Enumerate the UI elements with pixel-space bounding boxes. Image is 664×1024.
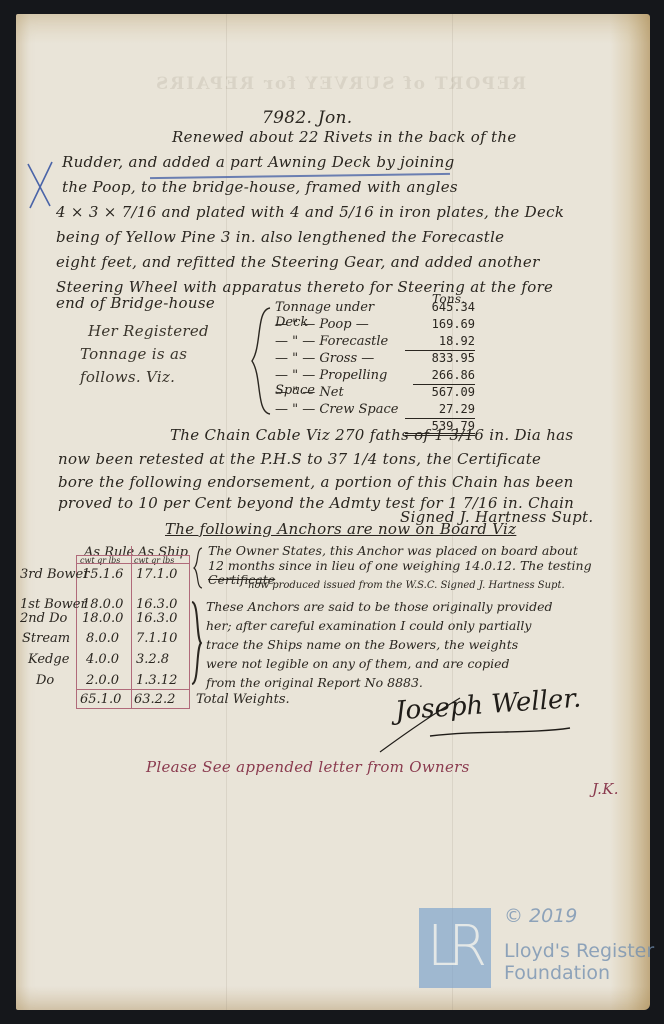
tonnage-row: — " — Crew Space27.29 (275, 402, 475, 419)
owner-note-line: now produced issued from the W.S.C. Sign… (248, 580, 565, 591)
anchor-name: Do (36, 673, 54, 688)
anchors-note-line: These Anchors are said to be those origi… (206, 599, 553, 614)
anchor-rule-weight: 4.0.0 (86, 652, 136, 667)
chain-line-3: bore the following endorsement, a portio… (58, 473, 574, 491)
anchors-note-line: from the original Report No 8883. (206, 675, 423, 690)
red-initials: J.K. (592, 780, 619, 798)
anchors-note-brace-icon (190, 600, 202, 686)
chain-line-2: now been retested at the P.H.S to 37 1/4… (58, 450, 541, 468)
tonnage-row: — " — Gross —833.95 (275, 351, 475, 368)
body-line-4: 4 × 3 × 7/16 and plated with 4 and 5/16 … (56, 203, 564, 221)
anchors-note-line: trace the Ships name on the Bowers, the … (206, 637, 518, 652)
body-line-2: Rudder, and added a part Awning Deck by … (62, 153, 454, 171)
anchor-name: 3rd Bower (20, 567, 89, 582)
tonnage-row: Tonnage under Deck645.34 (275, 300, 475, 317)
tonnage-table: Tonnage under Deck645.34 — " — Poop —169… (275, 300, 475, 436)
owner-note-line: The Owner States, this Anchor was placed… (208, 543, 578, 558)
red-note: Please See appended letter from Owners (146, 758, 470, 776)
tonnage-row: — " — Propelling Space266.86 (275, 368, 475, 385)
watermark-org-line1: Lloyd's Register (504, 940, 654, 962)
tonnage-row: — " — Poop —169.69 (275, 317, 475, 334)
body-line-8: end of Bridge-house (56, 294, 215, 312)
anchor-rule-weight: 8.0.0 (86, 631, 136, 646)
anchor-rule-weight: 18.0.0 (82, 597, 132, 612)
registered-label-1: Her Registered (88, 322, 209, 340)
anchor-ship-weight: 7.1.10 (136, 631, 186, 646)
anchor-total-ship: 63.2.2 (134, 692, 184, 707)
anchor-ship-weight: 16.3.0 (136, 597, 186, 612)
anchor-rule-weight: 2.0.0 (86, 673, 136, 688)
anchor-name: 1st Bower (20, 597, 87, 612)
blue-cross-mark-icon (26, 160, 54, 210)
owner-note-brace-icon (192, 546, 204, 590)
anchor-name: Stream (22, 631, 70, 646)
anchors-note-line: her; after careful examination I could o… (206, 618, 531, 633)
watermark-copyright: © 2019 (504, 905, 577, 927)
registered-label-3: follows. Viz. (80, 368, 175, 386)
anchors-note-line: were not legible on any of them, and are… (206, 656, 509, 671)
lr-logo-icon: LR (419, 908, 491, 988)
table-rule (77, 689, 189, 690)
anchor-name: Kedge (28, 652, 69, 667)
tonnage-brace-icon (248, 306, 272, 416)
body-line-5: being of Yellow Pine 3 in. also lengthen… (56, 228, 504, 246)
anchor-ship-weight: 1.3.12 (136, 673, 186, 688)
anchor-name: 2nd Do (20, 611, 67, 626)
table-rule (77, 563, 189, 564)
registered-label-2: Tonnage is as (80, 345, 187, 363)
anchor-ship-weight: 16.3.0 (136, 611, 186, 626)
body-line-3: the Poop, to the bridge-house, framed wi… (62, 178, 458, 196)
anchors-heading: The following Anchors are now on Board V… (165, 520, 516, 538)
owner-note-line: 12 months since in lieu of one weighing … (208, 558, 592, 573)
body-line-1: Renewed about 22 Rivets in the back of t… (172, 128, 517, 146)
anchor-ship-weight: 17.1.0 (136, 567, 186, 582)
show-through-heading: REPORT of SURVEY for REPAIRS (100, 74, 580, 94)
body-line-6: eight feet, and refitted the Steering Ge… (56, 253, 540, 271)
anchor-rule-weight: 18.0.0 (82, 611, 132, 626)
total-weights-label: Total Weights. (196, 692, 290, 707)
chain-line-1: The Chain Cable Viz 270 faths of 1 3/16 … (170, 426, 573, 444)
anchor-rule-weight: 15.1.6 (82, 567, 132, 582)
watermark-org-line2: Foundation (504, 962, 610, 984)
tonnage-row: — " — Net567.09 (275, 385, 475, 402)
anchor-total-rule: 65.1.0 (80, 692, 130, 707)
tonnage-row: — " — Forecastle18.92 (275, 334, 475, 351)
reference-number: 7982. Jon. (262, 108, 352, 128)
anchor-ship-weight: 3.2.8 (136, 652, 186, 667)
